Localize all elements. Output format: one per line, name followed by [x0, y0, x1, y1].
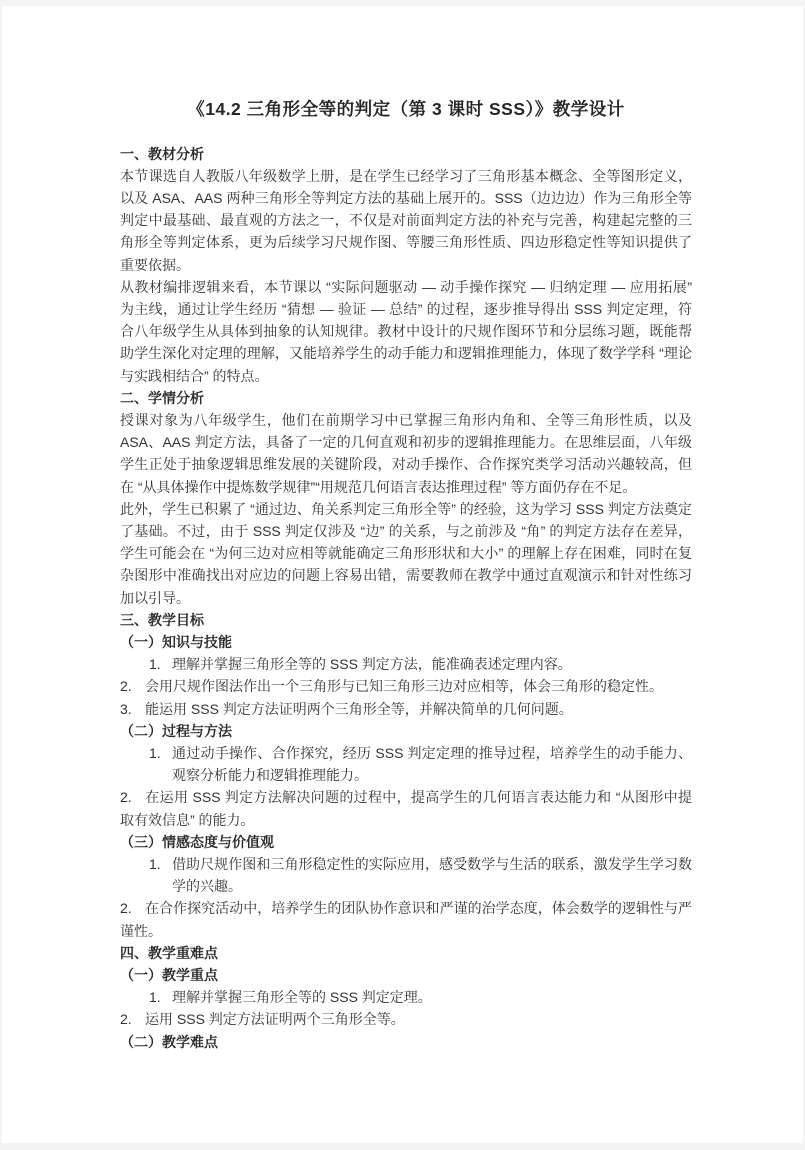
list-text: 运用 SSS 判定方法证明两个三角形全等。: [145, 1011, 405, 1027]
list-item: 1. 理解并掌握三角形全等的 SSS 判定定理。: [149, 986, 692, 1008]
subsection-heading-process-methods: （二）过程与方法: [120, 720, 692, 742]
document-body: 一、教材分析 本节课选自人教版八年级数学上册，是在学生已经学习了三角形基本概念、…: [120, 143, 692, 1053]
list-marker: 2.: [120, 675, 145, 697]
list-marker: 2.: [120, 1008, 145, 1030]
section-heading-key-difficult-points: 四、教学重难点: [120, 942, 692, 964]
section-heading-material-analysis: 一、教材分析: [120, 143, 692, 165]
paragraph: 本节课选自人教版八年级数学上册，是在学生已经学习了三角形基本概念、全等图形定义，…: [120, 165, 692, 276]
list-marker: 1.: [149, 853, 172, 897]
list-item: 3.能运用 SSS 判定方法证明两个三角形全等，并解决简单的几何问题。: [120, 698, 692, 720]
list-text: 通过动手操作、合作探究，经历 SSS 判定定理的推导过程，培养学生的动手能力、观…: [172, 742, 692, 786]
document-title: 《14.2 三角形全等的判定（第 3 课时 SSS）》教学设计: [120, 97, 692, 122]
list-item: 2.在合作探究活动中，培养学生的团队协作意识和严谨的治学态度，体会数学的逻辑性与…: [120, 897, 692, 941]
subsection-heading-teaching-key-points: （一）教学重点: [120, 964, 692, 986]
list-marker: 1.: [149, 986, 172, 1008]
list-marker: 1.: [149, 742, 172, 786]
list-item: 2.运用 SSS 判定方法证明两个三角形全等。: [120, 1008, 692, 1030]
subsection-heading-teaching-difficult-points: （二）教学难点: [120, 1031, 692, 1053]
paragraph: 授课对象为八年级学生，他们在前期学习中已掌握三角形内角和、全等三角形性质，以及 …: [120, 409, 692, 498]
list-marker: 3.: [120, 698, 145, 720]
list-marker: 2.: [120, 897, 145, 919]
list-text: 在合作探究活动中，培养学生的团队协作意识和严谨的治学态度，体会数学的逻辑性与严谨…: [120, 900, 692, 938]
list-text: 会用尺规作图法作出一个三角形与已知三角形三边对应相等，体会三角形的稳定性。: [145, 678, 663, 694]
paragraph: 此外，学生已积累了 “通过边、角关系判定三角形全等” 的经验，这为学习 SSS …: [120, 498, 692, 609]
list-item: 1. 理解并掌握三角形全等的 SSS 判定方法，能准确表述定理内容。: [149, 653, 692, 675]
list-item: 2.会用尺规作图法作出一个三角形与已知三角形三边对应相等，体会三角形的稳定性。: [120, 675, 692, 697]
list-text: 能运用 SSS 判定方法证明两个三角形全等，并解决简单的几何问题。: [145, 701, 573, 717]
list-marker: 2.: [120, 786, 145, 808]
list-item: 2.在运用 SSS 判定方法解决问题的过程中，提高学生的几何语言表达能力和 “从…: [120, 786, 692, 830]
subsection-heading-knowledge-skills: （一）知识与技能: [120, 631, 692, 653]
list-text: 理解并掌握三角形全等的 SSS 判定方法，能准确表述定理内容。: [172, 653, 692, 675]
list-text: 在运用 SSS 判定方法解决问题的过程中，提高学生的几何语言表达能力和 “从图形…: [120, 789, 692, 827]
subsection-heading-emotion-values: （三）情感态度与价值观: [120, 831, 692, 853]
list-text: 理解并掌握三角形全等的 SSS 判定定理。: [172, 986, 692, 1008]
section-heading-student-analysis: 二、学情分析: [120, 387, 692, 409]
list-item: 1. 通过动手操作、合作探究，经历 SSS 判定定理的推导过程，培养学生的动手能…: [149, 742, 692, 786]
list-item: 1. 借助尺规作图和三角形稳定性的实际应用，感受数学与生活的联系，激发学生学习数…: [149, 853, 692, 897]
document-page: 《14.2 三角形全等的判定（第 3 课时 SSS）》教学设计 一、教材分析 本…: [2, 6, 803, 1143]
section-heading-teaching-goals: 三、教学目标: [120, 609, 692, 631]
list-text: 借助尺规作图和三角形稳定性的实际应用，感受数学与生活的联系，激发学生学习数学的兴…: [172, 853, 692, 897]
list-marker: 1.: [149, 653, 172, 675]
paragraph: 从教材编排逻辑来看，本节课以 “实际问题驱动 — 动手操作探究 — 归纳定理 —…: [120, 276, 692, 387]
